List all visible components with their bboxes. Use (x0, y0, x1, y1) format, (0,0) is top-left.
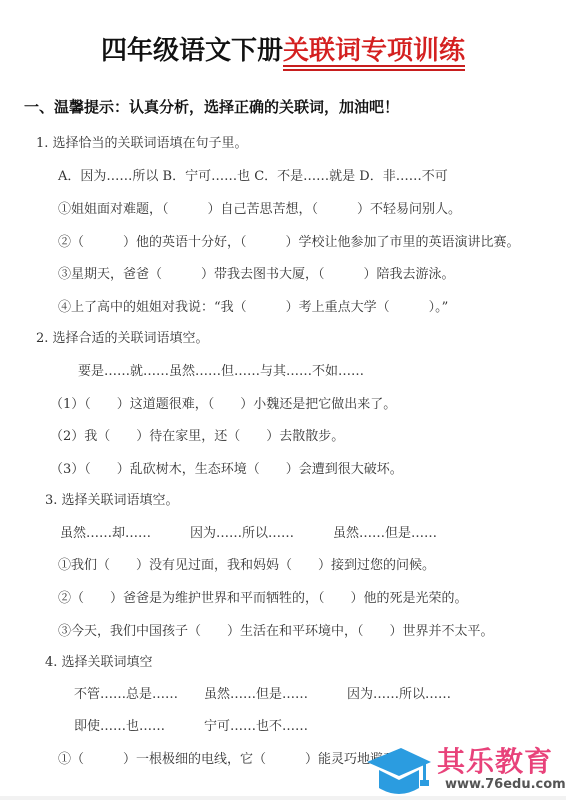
q1-item-1: ①姐姐面对难题，（ ）自己苦思苦想，（ ）不轻易问别人。 (58, 198, 461, 217)
title-main: 四年级语文下册 (101, 36, 283, 66)
watermark-url: www.76edu.com (445, 777, 566, 792)
title-highlight: 关联词专项训练 (283, 30, 465, 67)
q1-item-2: ②（ ）他的英语十分好，（ ）学校让他参加了市里的英语演讲比赛。 (58, 231, 520, 250)
q4-item-1: ①（ ）一根极细的电线，它（ ）能灵巧地避开 (58, 748, 396, 767)
q2-item-3: （3）（ ）乱砍树木，生态环境（ ）会遭到很大破坏。 (50, 458, 403, 477)
q4-options-line1: 不管……总是…… 虽然……但是…… 因为……所以…… (74, 683, 451, 702)
q1-prompt: 1. 选择恰当的关联词语填在句子里。 (36, 132, 248, 151)
graduation-cap-icon (365, 744, 433, 800)
bottom-divider (0, 796, 566, 800)
q3-prompt: 3. 选择关联词语填空。 (45, 489, 179, 508)
page-title: 四年级语文下册关联词专项训练 (0, 30, 566, 67)
q3-item-1: ①我们（ ）没有见过面，我和妈妈（ ）接到过您的问候。 (58, 554, 435, 573)
q1-item-3: ③星期天，爸爸（ ）带我去图书大厦，（ ）陪我去游泳。 (58, 263, 455, 282)
q1-options: A．因为……所以 B．宁可……也 C．不是……就是 D．非……不可 (58, 165, 448, 184)
q3-item-2: ②（ ）爸爸是为维护世界和平而牺牲的，（ ）他的死是光荣的。 (58, 587, 468, 606)
q1-item-4: ④上了高中的姐姐对我说：“我（ ）考上重点大学（ ）。” (58, 296, 448, 315)
q3-options: 虽然……却…… 因为……所以…… 虽然……但是…… (60, 522, 437, 541)
watermark-logo: 其乐教育 www.76edu.com (365, 738, 565, 798)
section-heading: 一、温馨提示：认真分析，选择正确的关联词，加油吧！ (24, 96, 399, 117)
watermark-name: 其乐教育 (437, 740, 553, 780)
q3-item-3: ③今天，我们中国孩子（ ）生活在和平环境中，（ ）世界并不太平。 (58, 620, 494, 639)
q2-prompt: 2. 选择合适的关联词语填空。 (36, 327, 209, 346)
q2-options: 要是……就……虽然……但……与其……不如…… (78, 360, 364, 379)
q4-prompt: 4. 选择关联词填空 (45, 651, 153, 670)
q2-item-2: （2）我（ ）待在家里，还（ ）去散散步。 (50, 425, 344, 444)
q4-options-line2: 即使……也…… 宁可……也不…… (74, 715, 308, 734)
q2-item-1: （1）（ ）这道题很难，（ ）小魏还是把它做出来了。 (50, 393, 396, 412)
